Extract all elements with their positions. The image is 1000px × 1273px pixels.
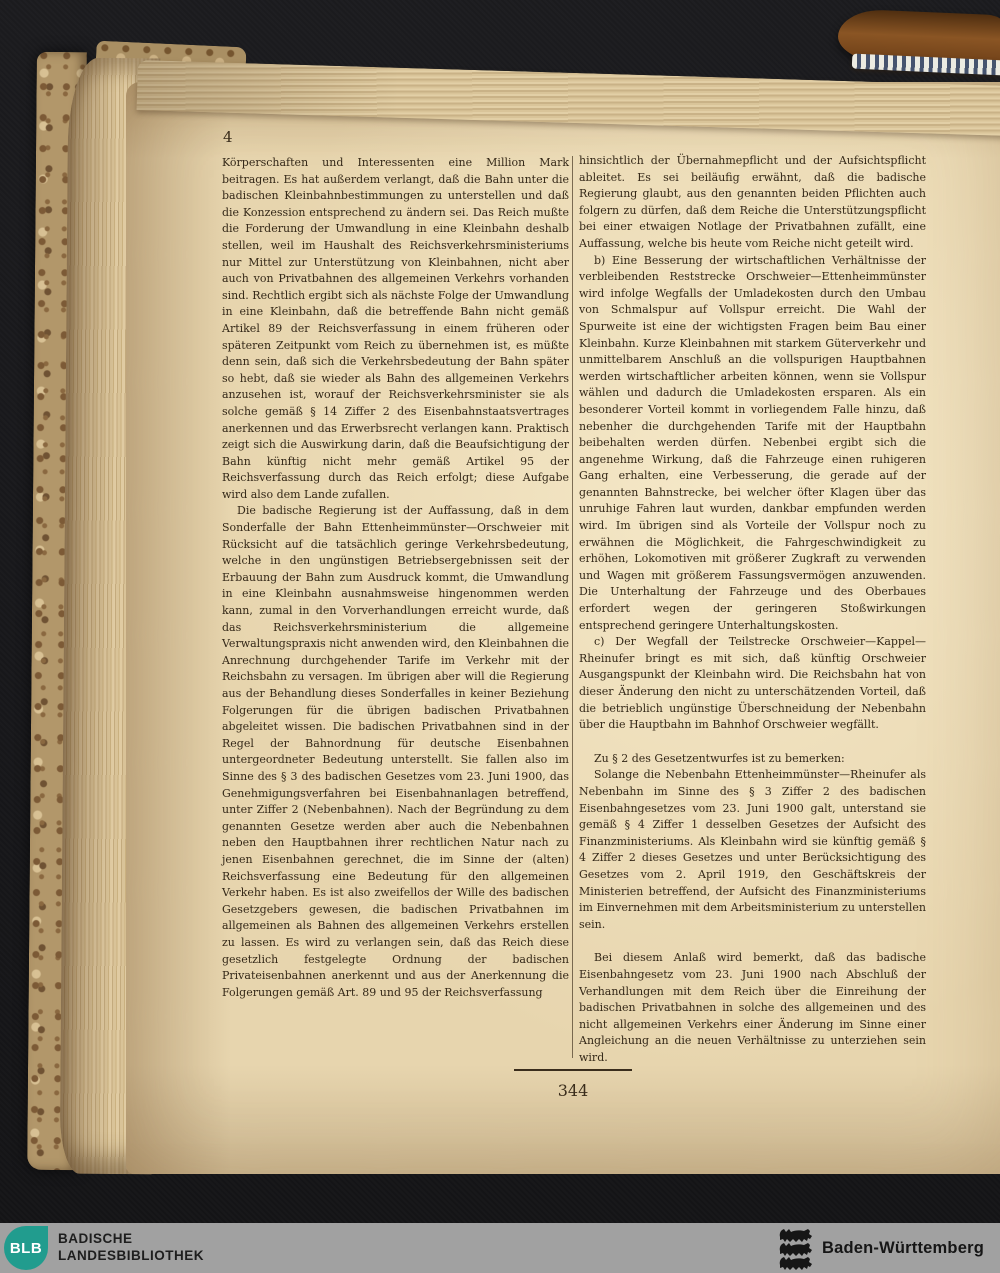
photo-background: 4 Körperschaften und Interessenten eine … bbox=[0, 0, 1000, 1273]
paragraph: Solange die Nebenbahn Ettenheimmünster—R… bbox=[579, 767, 926, 933]
text-column-right: hinsichtlich der Übernahmepflicht und de… bbox=[579, 153, 926, 1066]
paragraph: Bei diesem Anlaß wird bemerkt, daß das b… bbox=[579, 950, 926, 1066]
column-divider-rule bbox=[572, 156, 573, 1058]
paragraph: Die badische Regierung ist der Auffassun… bbox=[222, 503, 569, 1001]
library-name: BADISCHE LANDESBIBLIOTHEK bbox=[58, 1231, 204, 1264]
library-name-line2: LANDESBIBLIOTHEK bbox=[58, 1248, 204, 1265]
paragraph: b) Eine Besserung der wirtschaftlichen V… bbox=[579, 253, 926, 635]
paragraph: Zu § 2 des Gesetzentwurfes ist zu bemerk… bbox=[579, 751, 926, 768]
paragraph: Körperschaften und Interessenten eine Mi… bbox=[222, 155, 569, 503]
state-branding: Baden-Württemberg bbox=[777, 1223, 984, 1273]
section-end-rule bbox=[514, 1069, 632, 1071]
baden-wuerttemberg-coat-of-arms-icon bbox=[777, 1226, 813, 1270]
library-footer-bar: BLB BADISCHE LANDESBIBLIOTHEK Baden-Würt… bbox=[0, 1223, 1000, 1273]
state-name: Baden-Württemberg bbox=[822, 1239, 984, 1258]
paragraph: c) Der Wegfall der Teilstrecke Orschweie… bbox=[579, 634, 926, 734]
text-column-left: Körperschaften und Interessenten eine Mi… bbox=[222, 155, 569, 1001]
paragraph: hinsichtlich der Übernahmepflicht und de… bbox=[579, 153, 926, 253]
library-name-line1: BADISCHE bbox=[58, 1231, 204, 1248]
blb-logo: BLB bbox=[4, 1226, 48, 1270]
page-number-top: 4 bbox=[223, 128, 233, 146]
blb-logo-text: BLB bbox=[10, 1240, 42, 1257]
page-number-bottom: 344 bbox=[514, 1081, 632, 1100]
scanned-page: 4 Körperschaften und Interessenten eine … bbox=[126, 82, 1000, 1174]
